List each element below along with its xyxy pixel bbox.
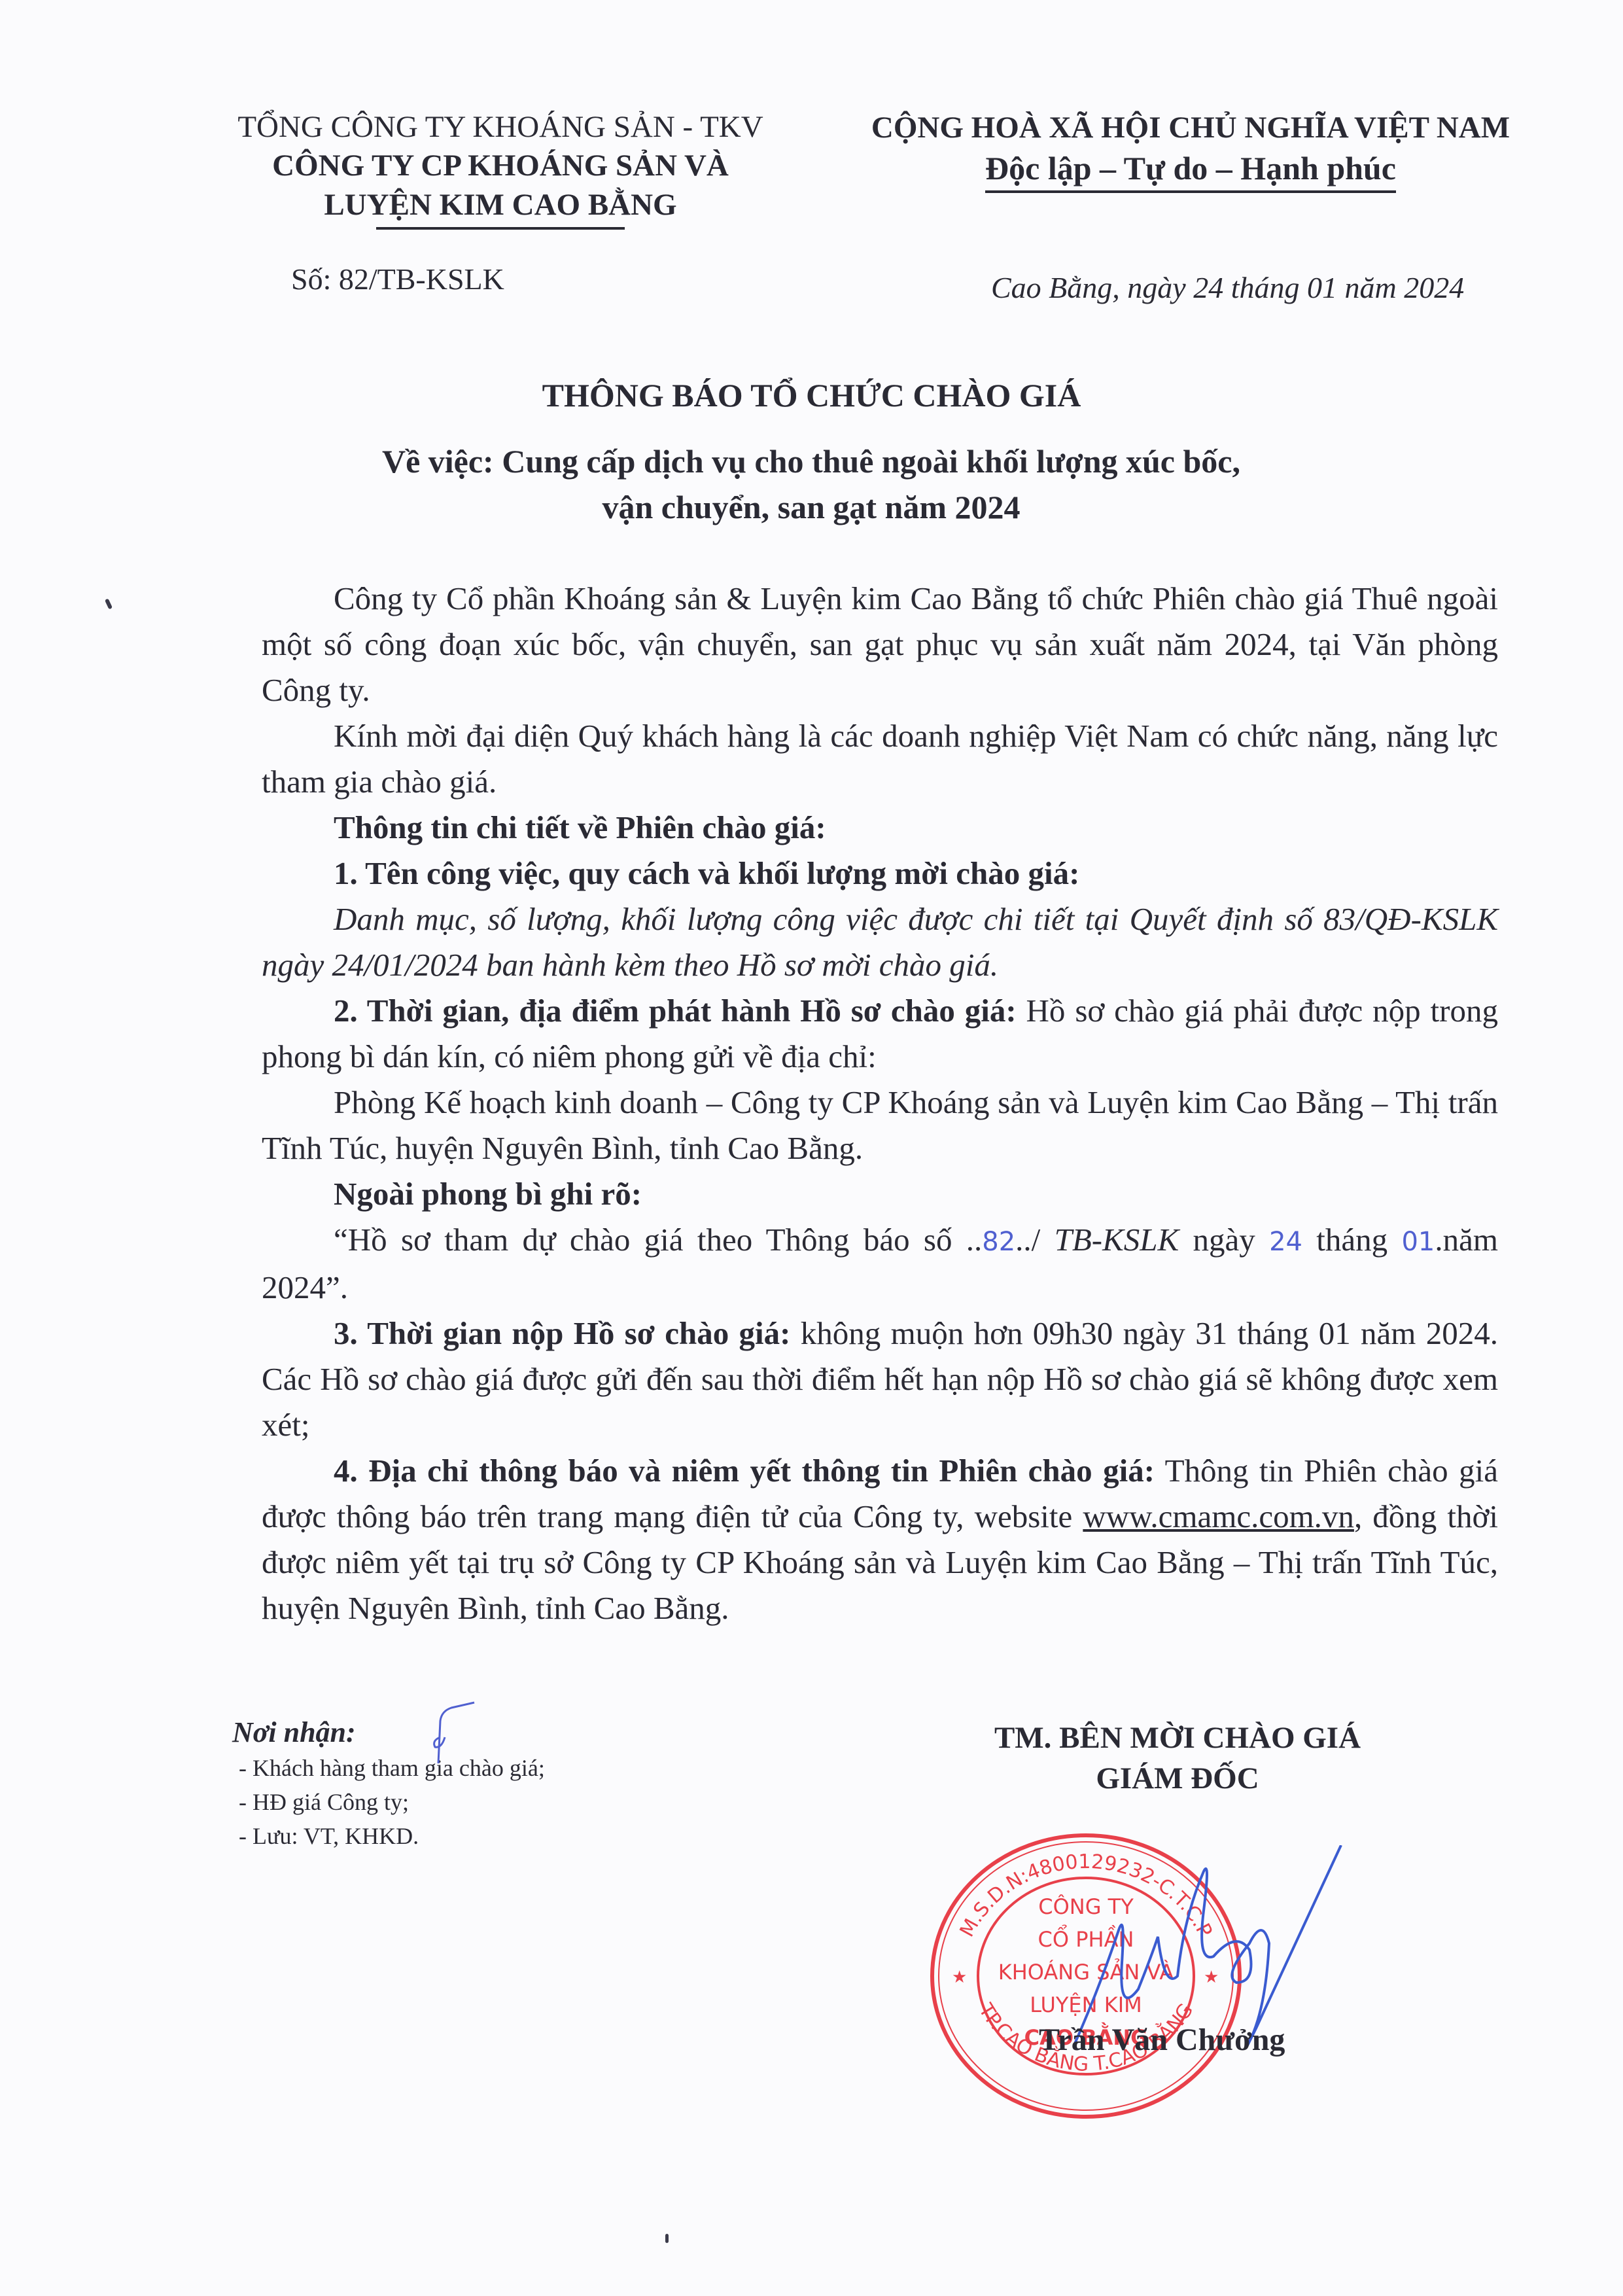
website-link[interactable]: www.cmamc.com.vn xyxy=(1083,1498,1354,1534)
recipients-label: Nơi nhận: xyxy=(232,1714,545,1751)
envelope-text: “Hồ sơ tham dự chào giá theo Thông báo s… xyxy=(262,1217,1498,1311)
issuer-header: TỔNG CÔNG TY KHOÁNG SẢN - TKV CÔNG TY CP… xyxy=(190,108,811,230)
handwritten-number: 82 xyxy=(982,1227,1015,1257)
recipient-item: - Lưu: VT, KHKD. xyxy=(232,1819,545,1853)
initial-signature-icon xyxy=(428,1701,481,1773)
section-2: 2. Thời gian, địa điểm phát hành Hồ sơ c… xyxy=(262,988,1498,1080)
document-subject: Về việc: Cung cấp dịch vụ cho thuê ngoài… xyxy=(196,438,1426,530)
envelope-heading: Ngoài phong bì ghi rõ: xyxy=(262,1171,1498,1217)
section-2-address: Phòng Kế hoạch kinh doanh – Công ty CP K… xyxy=(262,1080,1498,1171)
intro-paragraph: Công ty Cổ phần Khoáng sản & Luyện kim C… xyxy=(262,576,1498,713)
invitation-paragraph: Kính mời đại diện Quý khách hàng là các … xyxy=(262,713,1498,805)
section-1-text: Danh mục, số lượng, khối lượng công việc… xyxy=(262,896,1498,988)
section-4-heading: 4. Địa chỉ thông báo và niêm yết thông t… xyxy=(334,1453,1155,1489)
section-4: 4. Địa chỉ thông báo và niêm yết thông t… xyxy=(262,1448,1498,1631)
details-heading: Thông tin chi tiết về Phiên chào giá: xyxy=(262,805,1498,851)
document-title: THÔNG BÁO TỔ CHỨC CHÀO GIÁ xyxy=(0,376,1623,414)
signer-name: Trần Văn Chưởng xyxy=(1039,2022,1285,2058)
recipient-item: - HĐ giá Công ty; xyxy=(232,1785,545,1819)
signature-position: GIÁM ĐỐC xyxy=(916,1758,1439,1799)
nation-name: CỘNG HOÀ XÃ HỘI CHỦ NGHĨA VIỆT NAM xyxy=(844,108,1537,147)
scan-mark xyxy=(665,2234,669,2243)
subject-line2: vận chuyển, san gạt năm 2024 xyxy=(196,484,1426,530)
subject-line1: Về việc: Cung cấp dịch vụ cho thuê ngoài… xyxy=(196,438,1426,484)
section-2-heading: 2. Thời gian, địa điểm phát hành Hồ sơ c… xyxy=(334,993,1017,1029)
svg-text:★: ★ xyxy=(952,1968,967,1987)
section-3: 3. Thời gian nộp Hồ sơ chào giá: không m… xyxy=(262,1311,1498,1448)
signature-title: TM. BÊN MỜI CHÀO GIÁ xyxy=(916,1718,1439,1758)
signature-block: TM. BÊN MỜI CHÀO GIÁ GIÁM ĐỐC xyxy=(916,1718,1439,1799)
company-name-line2: LUYỆN KIM CAO BẰNG xyxy=(190,185,811,224)
section-3-heading: 3. Thời gian nộp Hồ sơ chào giá: xyxy=(334,1315,790,1351)
company-name-line1: CÔNG TY CP KHOÁNG SẢN VÀ xyxy=(190,146,811,185)
section-1-heading: 1. Tên công việc, quy cách và khối lượng… xyxy=(262,851,1498,896)
header-divider xyxy=(376,227,625,230)
place-date: Cao Bằng, ngày 24 tháng 01 năm 2024 xyxy=(991,270,1464,305)
scan-mark xyxy=(105,598,113,609)
recipients-block: Nơi nhận: - Khách hàng tham gia chào giá… xyxy=(232,1714,545,1853)
handwritten-month: 01 xyxy=(1401,1227,1435,1257)
handwritten-day: 24 xyxy=(1269,1227,1302,1257)
document-number: Số: 82/TB-KSLK xyxy=(291,262,504,296)
parent-org: TỔNG CÔNG TY KHOÁNG SẢN - TKV xyxy=(190,108,811,146)
national-header: CỘNG HOÀ XÃ HỘI CHỦ NGHĨA VIỆT NAM Độc l… xyxy=(844,108,1537,193)
document-body: Công ty Cổ phần Khoáng sản & Luyện kim C… xyxy=(262,576,1498,1631)
recipient-item: - Khách hàng tham gia chào giá; xyxy=(232,1751,545,1785)
national-motto: Độc lập – Tự do – Hạnh phúc xyxy=(985,147,1396,193)
